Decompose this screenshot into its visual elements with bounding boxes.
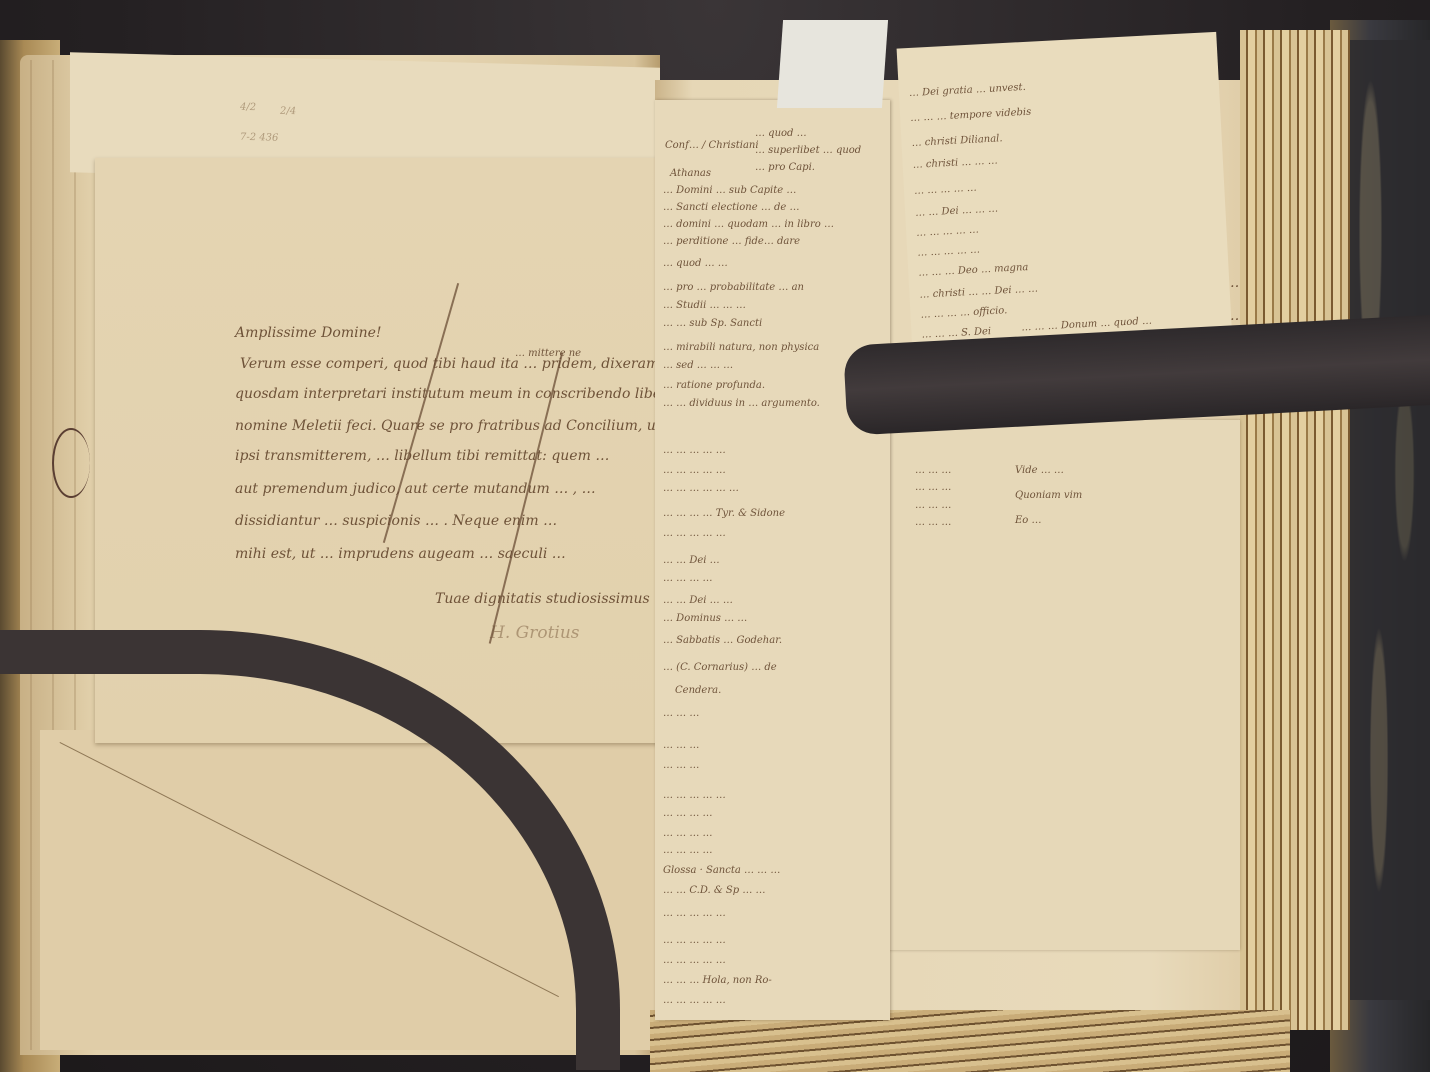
- note-line: … ratione profunda.: [663, 380, 765, 391]
- note-line: … … … … …: [914, 183, 977, 197]
- note-line: … … C.D. & Sp … …: [663, 885, 766, 896]
- pencil-note: 2/4: [280, 106, 296, 117]
- note-line: … … … …: [663, 573, 713, 584]
- note-line: … pro … probabilitate … an: [663, 282, 804, 293]
- note-line: … … …: [663, 708, 699, 719]
- pencil-note: 7-2 436: [240, 132, 278, 144]
- note-line: … … … … … …: [663, 483, 739, 494]
- letter-line: nomine Meletii feci. Quare se pro fratri…: [235, 418, 661, 434]
- note-heading: Athanas: [670, 168, 711, 179]
- card-left-line: … … …: [915, 465, 951, 476]
- card-left-line: … … …: [915, 517, 951, 528]
- note-line: … Sabbatis … Godehar.: [663, 635, 782, 646]
- note-heading: Conf… / Christiani: [665, 140, 759, 151]
- note-line: … perditione … fide… dare: [663, 236, 800, 247]
- center-note-slip: Conf… / Christiani Athanas … quod … … su…: [655, 100, 890, 1020]
- marbled-cover-pattern: [1345, 40, 1430, 1000]
- card-right-line: Vide … …: [1015, 465, 1064, 476]
- note-line: … … … Deo … magna: [918, 262, 1029, 279]
- letter-line: mihi est, ut … imprudens augeam … saecul…: [235, 546, 566, 562]
- note-line: … … … … …: [663, 465, 726, 476]
- note-line: Glossa · Sancta … … …: [663, 865, 780, 876]
- letter-line: quosdam interpretari institutum meum in …: [235, 386, 678, 402]
- note-line: … … … … …: [663, 935, 726, 946]
- note-gloss: … superlibet … quod: [755, 145, 861, 156]
- note-line: … … Dei …: [663, 555, 720, 566]
- card-left-line: … … …: [915, 482, 951, 493]
- note-line: … … Dei … … …: [915, 204, 998, 219]
- note-line: … … …: [663, 740, 699, 751]
- note-line: … (C. Cornarius) … de: [663, 662, 777, 673]
- margin-flourish: [52, 428, 90, 498]
- note-line: … … … tempore videbis: [910, 107, 1032, 124]
- note-line: … … … …: [663, 828, 713, 839]
- note-line: … … … … …: [916, 225, 979, 239]
- note-line: … … … … …: [663, 790, 726, 801]
- note-line: … … … Hola, non Ro-: [663, 975, 772, 986]
- note-line: … quod … …: [663, 258, 728, 269]
- note-line: … Dei gratia … unvest.: [909, 82, 1026, 99]
- card-right-line: Quoniam vim: [1015, 490, 1082, 501]
- note-line: … … Dei … …: [663, 595, 733, 606]
- letter-line: ipsi transmitterem, … libellum tibi remi…: [235, 448, 609, 464]
- note-line: … … … … …: [663, 908, 726, 919]
- note-line: … … … … Tyr. & Sidone: [663, 508, 785, 519]
- note-line: … domini … quodam … in libro …: [663, 219, 834, 230]
- note-line: … Studii … … …: [663, 300, 746, 311]
- note-line: … … sub Sp. Sancti: [663, 318, 762, 329]
- note-line: … mirabili natura, non physica: [663, 342, 819, 353]
- note-line: … Dominus … …: [663, 613, 747, 624]
- deletion-stroke: [383, 283, 459, 543]
- pencil-note: 4/2: [240, 102, 256, 113]
- note-gloss: … pro Capi.: [755, 162, 815, 173]
- right-note-slip: … Dei gratia … unvest. … … … tempore vid…: [897, 32, 1234, 378]
- note-line: … … … … …: [917, 245, 980, 259]
- letter-salutation: Amplissime Domine!: [235, 325, 382, 341]
- note-line: … Domini … sub Capite …: [663, 185, 796, 196]
- note-line: … christi … … …: [912, 155, 998, 170]
- note-line: … … … …: [663, 845, 713, 856]
- letter-line: dissidiantur … suspicionis … . Neque eni…: [235, 513, 557, 529]
- note-line: … … … … …: [663, 995, 726, 1006]
- deckled-page-edges: [1240, 30, 1350, 1030]
- card-right-line: Eo …: [1015, 515, 1042, 526]
- note-gloss: … quod …: [755, 128, 807, 139]
- letter-closing: Tuae dignitatis studiosissimus: [435, 591, 650, 607]
- note-line: Cendera.: [675, 685, 721, 696]
- white-marker-tab: [777, 20, 888, 108]
- letter-signature: H. Grotius: [490, 623, 580, 643]
- note-line: … … … …: [663, 808, 713, 819]
- letter-line: Verum esse comperi, quod tibi haud ita ……: [240, 356, 722, 372]
- note-line: … … … … officio.: [920, 305, 1007, 321]
- note-line: … … … … …: [663, 445, 726, 456]
- inserted-card: … … … … … … … … … … … … Vide … … Quoniam…: [885, 420, 1240, 950]
- note-line: … … … … …: [663, 528, 726, 539]
- note-line: … … …: [663, 760, 699, 771]
- card-left-line: … … …: [915, 500, 951, 511]
- note-line: … … dividuus in … argumento.: [663, 398, 820, 409]
- note-line: … sed … … …: [663, 360, 733, 371]
- letter-line: aut premendum judico, aut certe mutandum…: [235, 481, 596, 497]
- note-line: … Sancti electione … de …: [663, 202, 800, 213]
- note-line: … … … … …: [663, 955, 726, 966]
- note-line: … christi … … Dei … …: [919, 284, 1038, 301]
- note-line: … christi Dilianal.: [911, 133, 1003, 149]
